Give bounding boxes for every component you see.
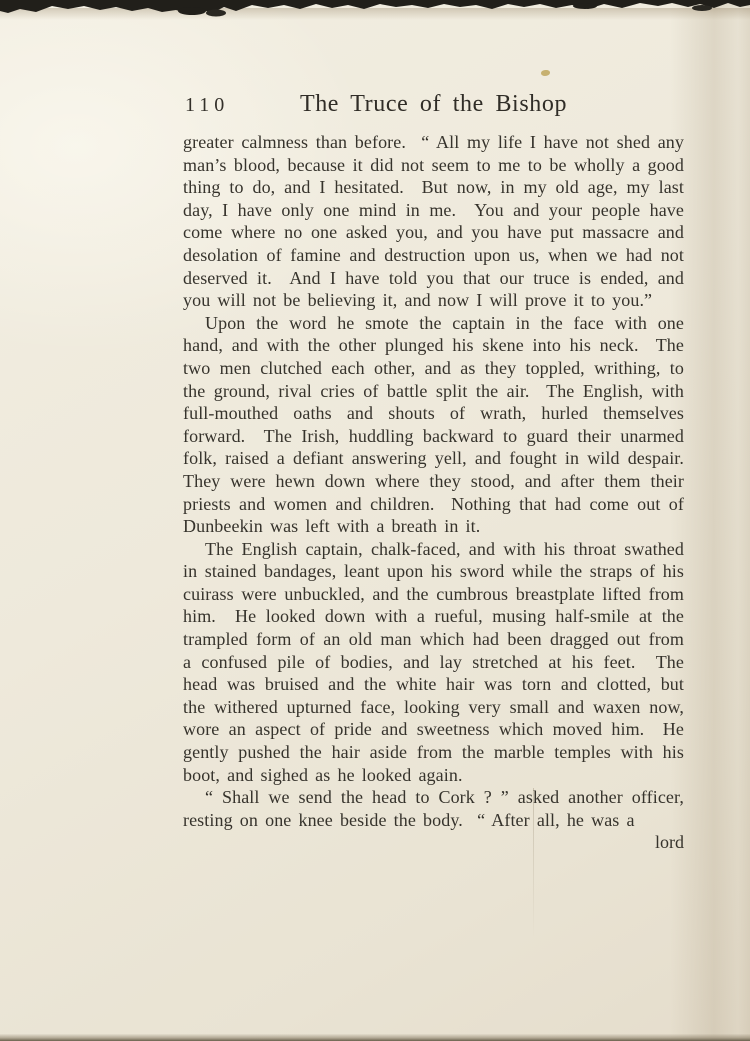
paragraph-2: Upon the word he smote the captain in th… [183,312,684,538]
page-header: 110 The Truce of the Bishop [183,91,684,117]
torn-paper-top-edge [0,0,750,20]
bottom-scan-edge [0,1034,750,1041]
book-page-scan: 110 The Truce of the Bishop greater calm… [0,0,750,1041]
paper-speck [541,70,550,76]
paragraph-1: greater calmness than before. “ All my l… [183,131,684,312]
paragraph-3: The English captain, chalk-faced, and wi… [183,538,684,787]
paragraph-4: “ Shall we send the head to Cork ? ” ask… [183,786,684,831]
body-text-block: greater calmness than before. “ All my l… [183,131,684,854]
running-title: The Truce of the Bishop [183,91,684,118]
catchword: lord [183,831,684,854]
